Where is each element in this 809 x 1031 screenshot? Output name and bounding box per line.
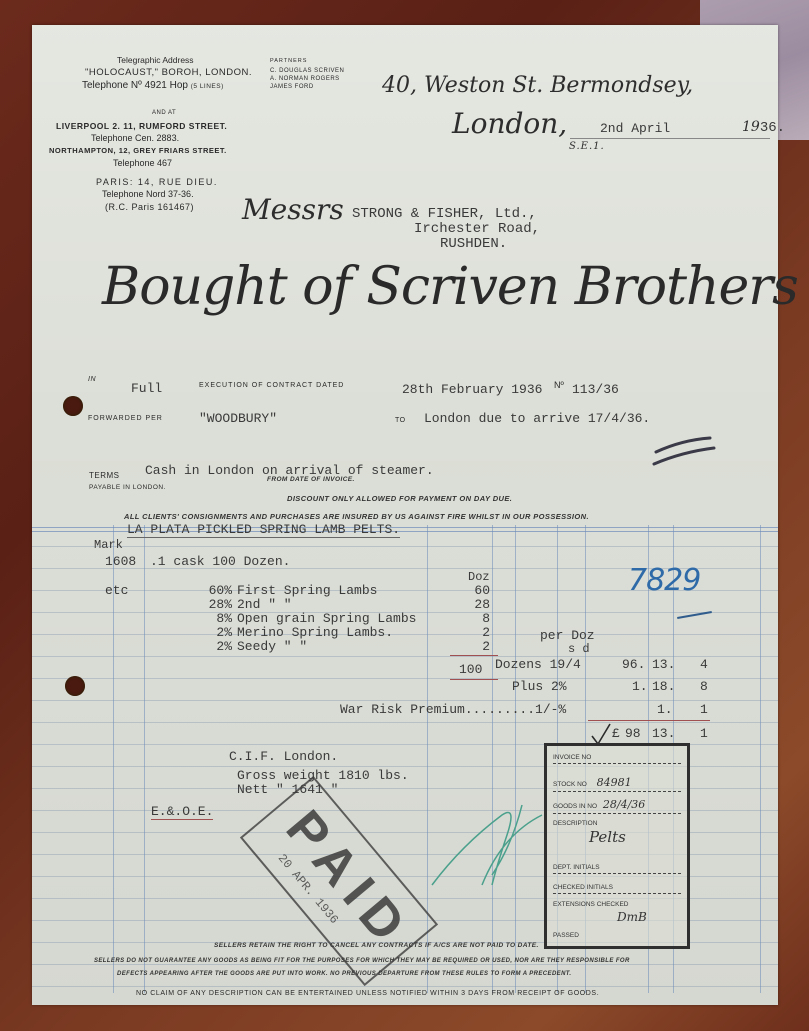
paris-telephone: Telephone Nord 37-36. <box>102 189 194 199</box>
invoice-date: 2nd April <box>600 121 670 136</box>
vessel-name: "WOODBURY" <box>199 411 277 426</box>
northampton-telephone: Telephone 467 <box>113 158 172 168</box>
stamp-row-label: PASSED <box>553 932 681 941</box>
cif-line: C.I.F. London. <box>229 749 338 764</box>
terms-label: TERMS <box>89 471 120 480</box>
total-dozens-rule <box>450 679 498 680</box>
contract-no-label: Nº <box>554 380 564 390</box>
total-currency: £ <box>612 726 620 741</box>
dozens-rate-label: Dozens 19/4 <box>495 657 581 672</box>
dozens-pence: 4 <box>700 657 708 672</box>
stamp-row-label: CHECKED INITIALS <box>553 884 681 894</box>
footer-line-3: DEFECTS APPEARING AFTER THE GOODS ARE PU… <box>117 971 572 977</box>
telephone-main: Telephone Nº 4921 Hop (5 LINES) <box>82 80 224 91</box>
war-risk-pence: 1 <box>700 702 708 717</box>
liverpool-address: LIVERPOOL 2. 11, RUMFORD STREET. <box>56 121 227 131</box>
item-doz: 8 <box>468 611 490 626</box>
contract-number: 113/36 <box>572 382 619 397</box>
item-pct: 28% <box>200 597 232 612</box>
telephone-main-text: Telephone Nº 4921 Hop <box>82 80 188 91</box>
liverpool-telephone: Telephone Cen. 2883. <box>91 133 179 143</box>
plus-shillings: 18. <box>652 679 675 694</box>
etc-label: etc <box>105 583 128 598</box>
total-shillings: 13. <box>652 726 675 741</box>
goods-in-date: 28/4/36 <box>603 798 645 811</box>
invoice-document: Telegraphic Address "HOLOCAUST," BOROH, … <box>32 25 778 1005</box>
doz-header: Doz <box>468 570 490 584</box>
partners-label: PARTNERS <box>270 58 307 64</box>
description-value: Pelts <box>589 828 626 846</box>
item-doz: 60 <box>468 583 490 598</box>
column-rule <box>144 525 145 993</box>
column-rule <box>492 525 493 993</box>
mark-value: 1608 <box>105 554 136 569</box>
stamp-row-label: INVOICE No <box>553 754 681 764</box>
in-label: IN <box>88 376 96 383</box>
stamp-row: GOODS IN No 28/4/36 <box>553 798 681 814</box>
item-pct: 2% <box>200 639 232 654</box>
cask-line: .1 cask 100 Dozen. <box>150 554 290 569</box>
grand-total-rule <box>588 720 710 721</box>
salutation: Messrs <box>242 193 344 226</box>
hole-punch <box>65 676 85 696</box>
column-rule <box>515 525 516 993</box>
pen-scribble-icon <box>652 430 722 470</box>
plus-label: Plus 2% <box>512 679 567 694</box>
extensions-initials: DmB <box>617 910 647 924</box>
stock-number: 84981 <box>597 776 632 789</box>
eoe: E.&.O.E. <box>151 804 213 820</box>
dozens-shillings: 13. <box>652 657 675 672</box>
footer-line-2: SELLERS DO NOT GUARANTEE ANY GOODS AS BE… <box>94 958 630 964</box>
per-doz-label: per Doz <box>540 628 595 643</box>
footer-line-4: NO CLAIM OF ANY DESCRIPTION CAN BE ENTER… <box>136 990 599 997</box>
mark-label: Mark <box>94 538 123 552</box>
contract-date: 28th February 1936 <box>402 382 542 397</box>
paris-rc: (R.C. Paris 161467) <box>105 202 194 212</box>
war-risk-label: War Risk Premium.........1/-% <box>340 702 566 717</box>
stamp-row-label: DEPT. INITIALS <box>553 864 681 874</box>
recipient-name: STRONG & FISHER, Ltd., <box>352 206 537 222</box>
year: 1936. <box>742 118 785 136</box>
item-doz: 2 <box>468 639 490 654</box>
hole-punch <box>63 396 83 416</box>
item-desc: First Spring Lambs <box>237 583 377 598</box>
stamp-row-label: EXTENSIONS CHECKED <box>553 901 681 910</box>
stamp-row-label: STOCK No <box>553 781 587 788</box>
item-desc: Merino Spring Lambs. <box>237 625 393 640</box>
total-pounds: 98 <box>625 726 641 741</box>
item-pct: 8% <box>200 611 232 626</box>
year-prefix: 19 <box>742 119 760 135</box>
execution-label: EXECUTION OF CONTRACT DATED <box>199 382 344 389</box>
destination: London due to arrive 17/4/36. <box>424 411 650 426</box>
insurance-notice: ALL CLIENTS' CONSIGNMENTS AND PURCHASES … <box>124 512 589 521</box>
item-pct: 60% <box>200 583 232 598</box>
item-pct: 2% <box>200 625 232 640</box>
telephone-lines: (5 LINES) <box>191 83 224 90</box>
recipient-street: Irchester Road, <box>414 221 540 237</box>
partner-name: C. DOUGLAS SCRIVEN <box>270 68 344 74</box>
sd-label: s d <box>568 642 590 656</box>
payable-label: PAYABLE IN LONDON. <box>89 484 166 491</box>
stamp-row-label: GOODS IN No <box>553 803 597 810</box>
total-pence: 1 <box>700 726 708 741</box>
address-city: London, <box>452 107 567 140</box>
item-desc: 2nd " " <box>237 597 292 612</box>
recipient-town: RUSHDEN. <box>440 236 507 252</box>
war-risk-pounds: 1. <box>657 702 673 717</box>
to-label: TO <box>395 417 406 424</box>
discount-notice: DISCOUNT ONLY ALLOWED FOR PAYMENT ON DAY… <box>287 494 512 503</box>
and-at-label: AND AT <box>152 110 176 116</box>
address-line: 40, Weston St. Bermondsey, <box>382 73 693 98</box>
plus-pence: 8 <box>700 679 708 694</box>
item-desc: Open grain Spring Lambs <box>237 611 416 626</box>
footer-line-1: SELLERS RETAIN THE RIGHT TO CANCEL ANY C… <box>214 942 539 949</box>
company-title: Bought of Scriven Brothers & Co. <box>102 257 809 317</box>
item-doz: 28 <box>468 597 490 612</box>
goods-heading: LA PLATA PICKLED SPRING LAMB PELTS. <box>127 522 400 538</box>
postcode: S.E.1. <box>569 141 605 152</box>
column-rule <box>760 525 761 993</box>
item-doz: 2 <box>468 625 490 640</box>
subtotal-rule <box>450 655 498 656</box>
plus-pounds: 1. <box>632 679 648 694</box>
item-desc: Seedy " " <box>237 639 307 654</box>
year-suffix: 36. <box>760 120 785 136</box>
paris-address: PARIS: 14, RUE DIEU. <box>96 177 218 187</box>
dozens-pounds: 96. <box>622 657 645 672</box>
total-dozens: 100 <box>459 662 482 677</box>
stamp-row: STOCK No 84981 <box>553 776 681 792</box>
partner-name: JAMES FORD <box>270 84 314 90</box>
gross-weight: Gross weight 1810 lbs. <box>237 768 409 783</box>
telegraphic-address: "HOLOCAUST," BOROH, LONDON. <box>85 67 252 78</box>
recipient-line: Messrs <box>242 193 344 226</box>
telegraphic-label: Telegraphic Address <box>117 55 194 65</box>
northampton-address: NORTHAMPTON, 12, GREY FRIARS STREET. <box>49 146 227 155</box>
date-rule <box>570 138 770 139</box>
partner-name: A. NORMAN ROGERS <box>270 76 340 82</box>
in-value: Full <box>131 381 162 396</box>
forwarded-label: FORWARDED PER <box>88 415 163 422</box>
receipt-stamp: INVOICE No STOCK No 84981 GOODS IN No 28… <box>544 743 690 949</box>
handwritten-number: 7829 <box>628 563 700 598</box>
from-date-label: FROM DATE OF INVOICE. <box>267 476 355 483</box>
